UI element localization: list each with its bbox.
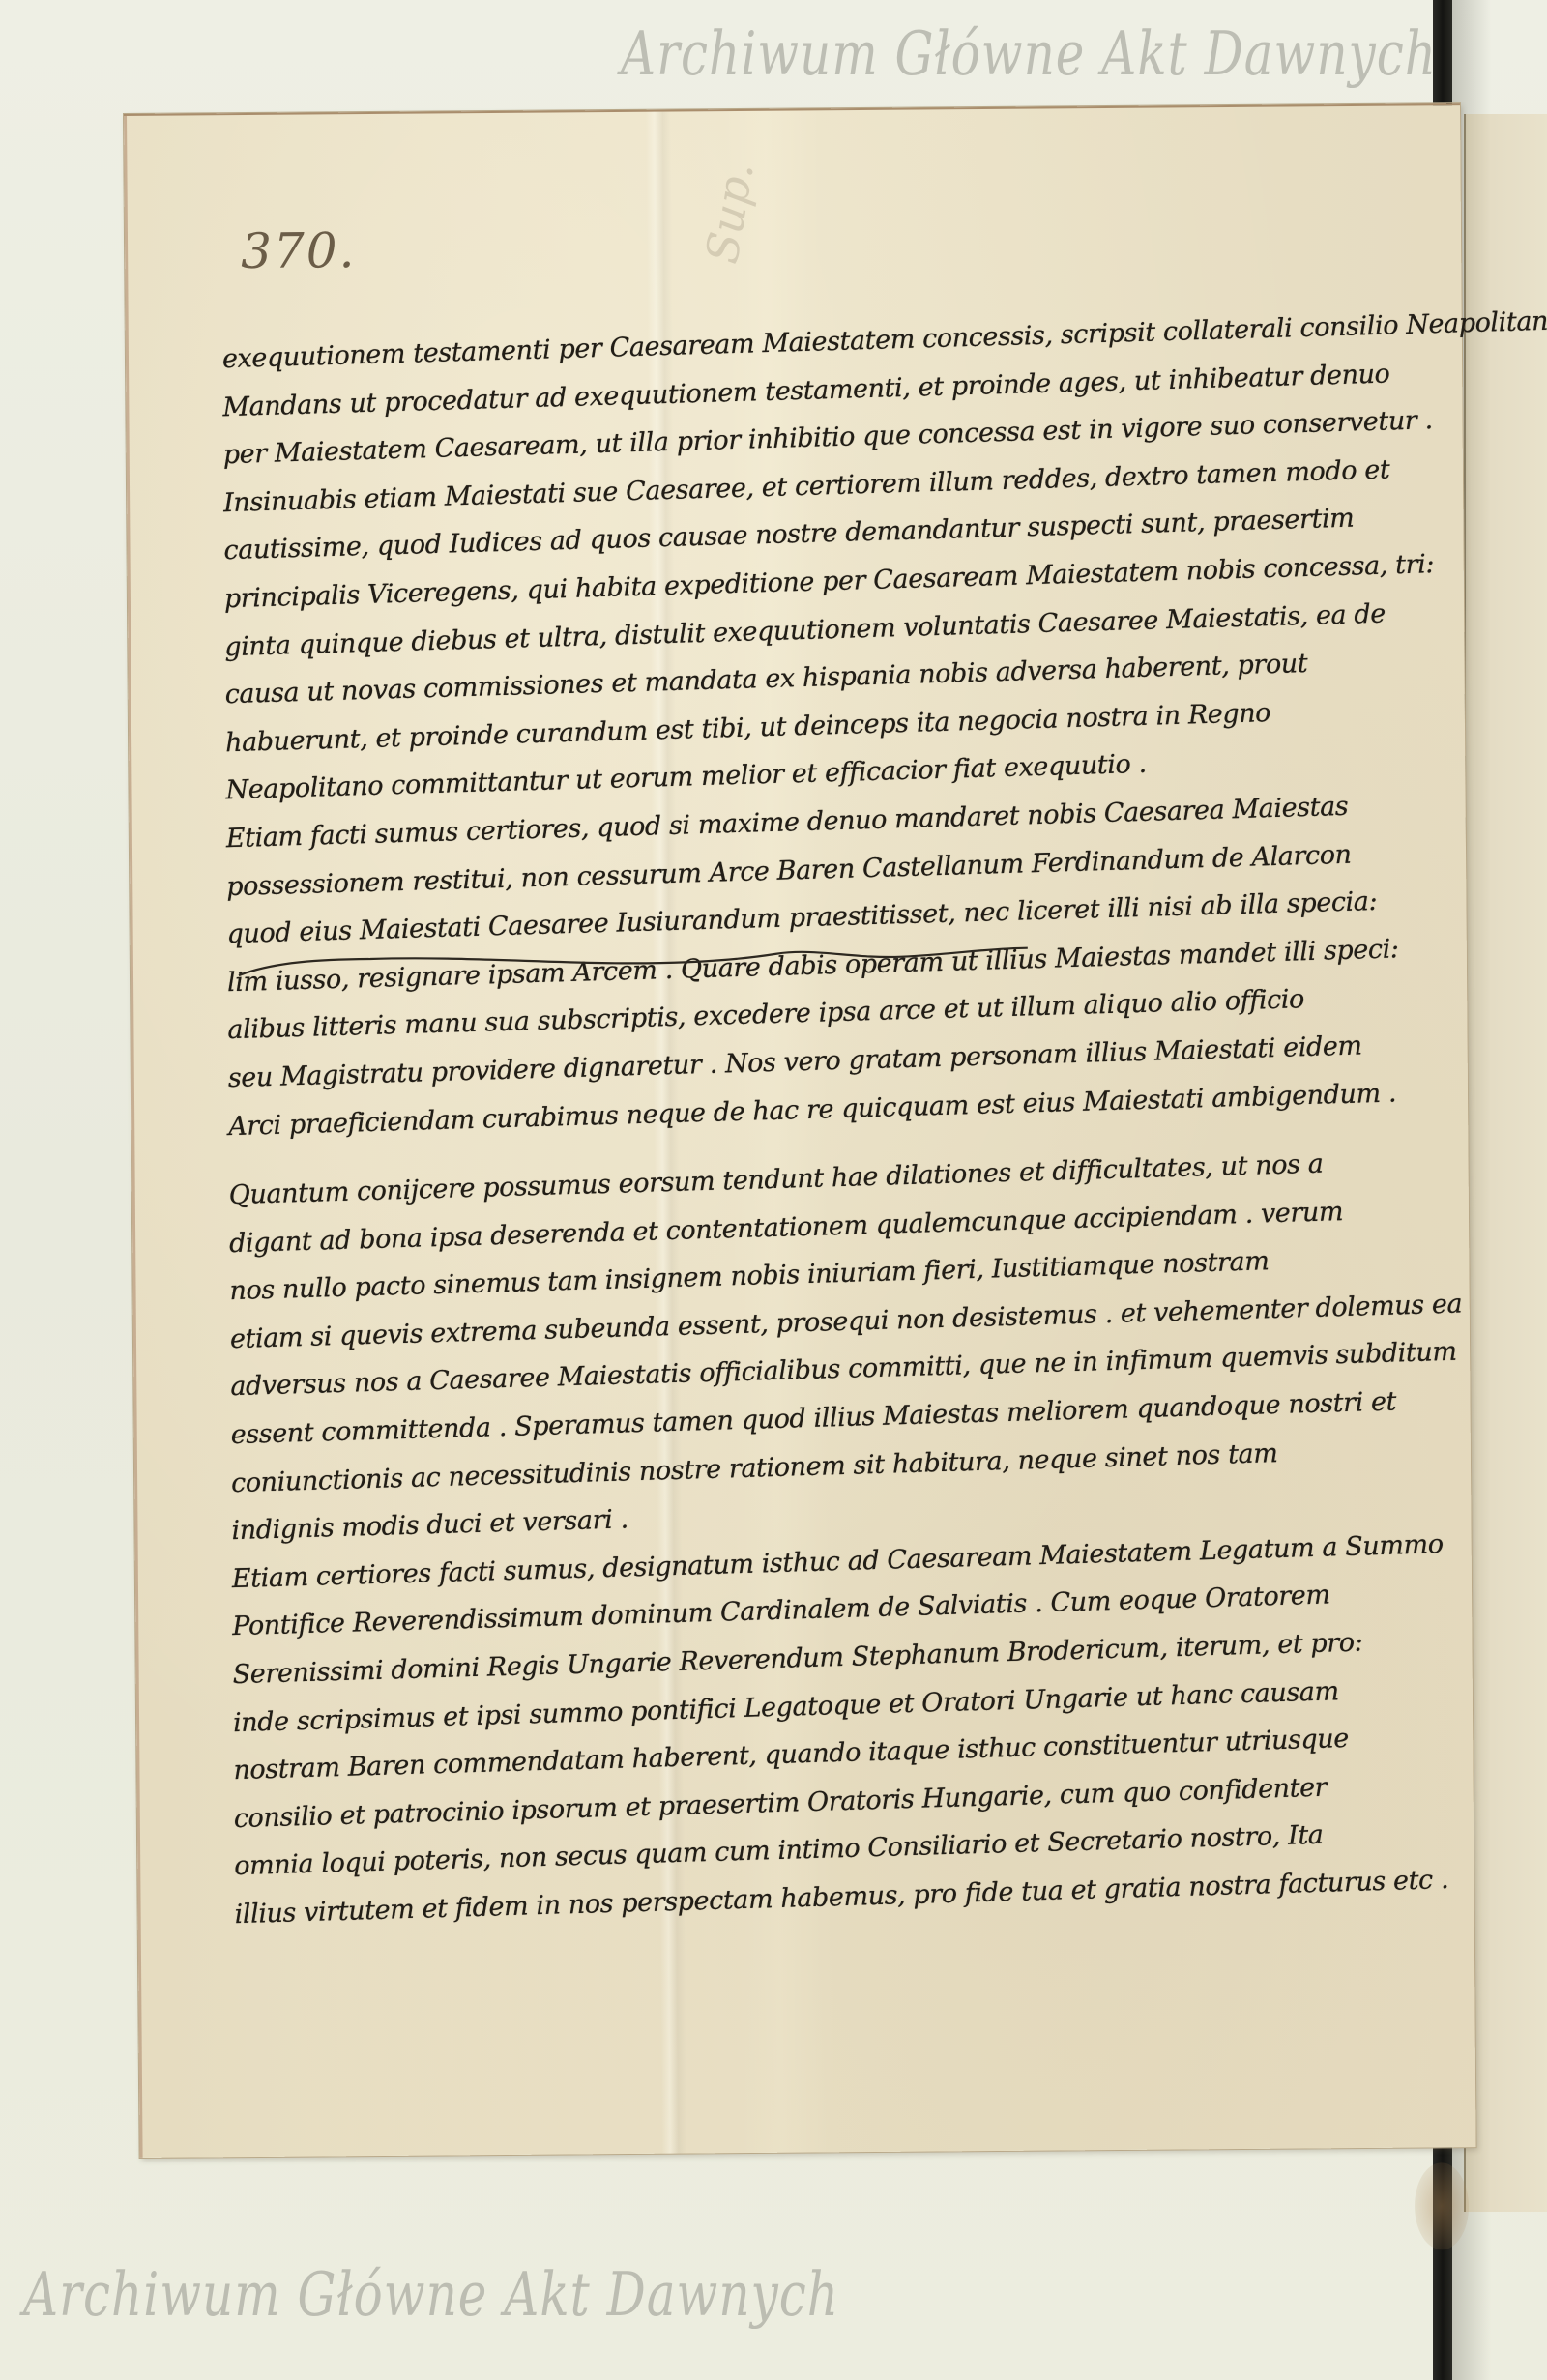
paragraph-4: Quantum conijcere possumus eorsum tendun… bbox=[229, 1162, 1450, 1555]
faint-marginal-note: Sup. bbox=[695, 159, 764, 268]
manuscript-page: 370. Sup. exequutionem testamenti per Ca… bbox=[124, 103, 1476, 2158]
archive-watermark-top: Archiwum Główne Akt Dawnych bbox=[621, 19, 1437, 90]
folio-number: 370. bbox=[241, 222, 357, 279]
archive-watermark-bottom: Archiwum Główne Akt Dawnych bbox=[23, 2260, 839, 2331]
paragraph-5: Etiam certiores facti sumus, designatum … bbox=[232, 1546, 1453, 1939]
paragraph-3: Etiam facti sumus certiores, quod si max… bbox=[226, 805, 1447, 1150]
manuscript-text: exequutionem testamenti per Caesaream Ma… bbox=[222, 326, 1453, 1938]
adjacent-page-edge bbox=[1464, 114, 1547, 2212]
paper-stain bbox=[1415, 2162, 1470, 2249]
paragraph-2: Insinuabis etiam Maiestati sue Caesaree,… bbox=[223, 470, 1445, 815]
